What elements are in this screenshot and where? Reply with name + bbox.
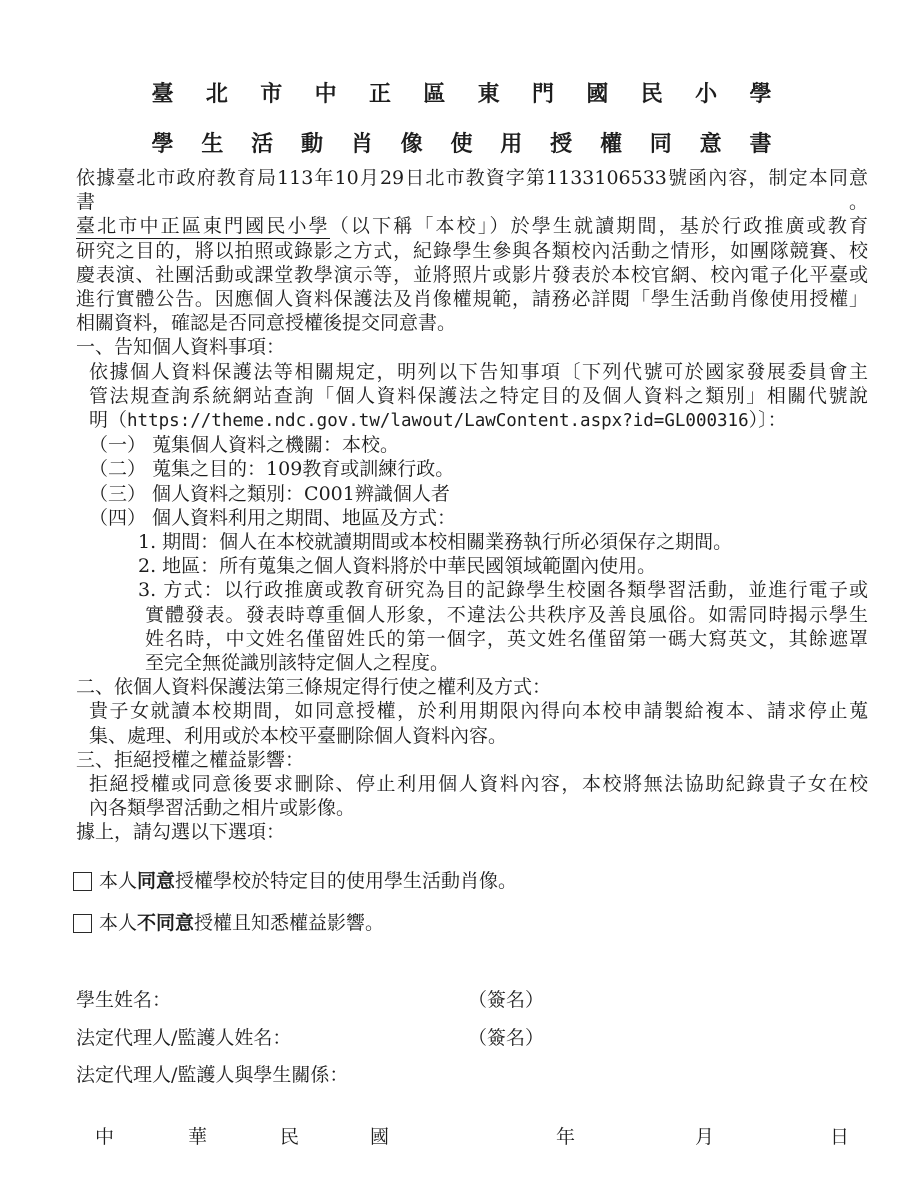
text-line: 集、處理、利用或於本校平臺刪除個人資料內容。 [89,724,868,748]
char-glyph: 意 [700,130,722,158]
char-glyph: 學 [749,80,771,108]
agree-option-row: 本人同意授權學校於特定目的使用學生活動肖像。 [73,869,868,893]
text-line: 慶表演、社團活動或課堂教學演示等，並將照片或影片發表於本校官網、校內電子化平臺或 [76,263,868,287]
student-name-label: 學生姓名： [76,989,171,1011]
text-line: 姓名時，中文姓名僅留姓氏的第一個字，英文姓名僅留第一碼大寫英文，其餘遮罩 [145,627,868,651]
guardian-sign-hint: （簽名） [468,1026,544,1050]
char-glyph: 國 [370,1125,389,1149]
url-suffix: ）〕： [749,409,787,431]
intro-first-line: 臺北市中正區東門國民小學（以下稱「本校」）於學生就讀期間，基於行政推廣或教育 [76,214,868,238]
agree-checkbox[interactable] [73,872,92,891]
char-glyph: 月 [695,1125,714,1149]
char-glyph: 生 [201,130,223,158]
intro-paragraph: 研究之目的，將以拍照或錄影之方式，紀錄學生參與各類校內活動之情形，如團隊競賽、校… [76,239,868,336]
document-title: 學生活動肖像使用授權同意書 [152,130,772,158]
text-line: （二） 蒐集之目的：109教育或訓練行政。 [89,457,868,481]
char-glyph: 華 [188,1125,207,1149]
text-line: （一） 蒐集個人資料之機關：本校。 [89,433,868,457]
char-glyph: 書 [749,130,771,158]
disagree-label-bold: 不同意 [137,912,194,934]
char-glyph: 小 [695,80,717,108]
char-glyph: 用 [500,130,522,158]
text-line: （三） 個人資料之類別：C001辨識個人者 [89,482,868,506]
disagree-option-label: 本人不同意授權且知悉權益影響。 [99,911,384,935]
text-line: 1. 期間：個人在本校就讀期間或本校相關業務執行所必須保存之期間。 [138,530,868,554]
text-line: 實體發表。發表時尊重個人形象，不違法公共秩序及善良風俗。如需同時揭示學生 [145,603,868,627]
char-glyph: 門 [532,80,554,108]
personal-data-notice: 依據個人資料保護法等相關規定，明列以下告知事項〔下列代號可於國家發展委員會主管法… [89,360,868,408]
char-glyph: 北 [206,80,228,108]
basis-line: 依據臺北市政府教育局113年10月29日北市教資字第1133106533號函內容… [76,166,868,214]
intro-first-line-rest: （以下稱「本校」）於學生就讀期間，基於行政推廣或教育 [330,215,868,237]
student-name-row: 學生姓名： （簽名） [76,988,868,1012]
text-line: 至完全無從識別該特定個人之程度。 [145,651,868,675]
section-1-heading: 一、告知個人資料事項： [76,335,868,359]
char-glyph: 動 [301,130,323,158]
text-line: 2. 地區：所有蒐集之個人資料將於中華民國領域範圍內使用。 [138,554,868,578]
checkbox-instruction: 據上，請勾選以下選項： [76,820,868,844]
school-name-underlined: 臺北市中正區東門國民小學 [76,215,330,239]
char-glyph: 民 [280,1125,299,1149]
school-title: 臺北市中正區東門國民小學 [152,80,772,108]
char-glyph: 中 [95,1125,114,1149]
char-glyph: 年 [556,1125,575,1149]
text-line: 相關資料，確認是否同意授權後提交同意書。 [76,311,868,335]
agree-label-post: 授權學校於特定目的使用學生活動肖像。 [175,870,517,892]
char-glyph: 使 [450,130,472,158]
disagree-checkbox[interactable] [73,914,92,933]
disagree-label-pre: 本人 [99,912,137,934]
roc-date-line: 中華民國年月日 [0,1125,923,1151]
char-glyph: 東 [478,80,500,108]
section-2-body: 貴子女就讀本校期間，如同意授權，於利用期限內得向本校申請製給複本、請求停止蒐集、… [89,699,868,747]
text-line: 依據個人資料保護法等相關規定，明列以下告知事項〔下列代號可於國家發展委員會主 [89,360,868,384]
char-glyph: 學 [152,130,174,158]
relation-row: 法定代理人/監護人與學生關係： [76,1063,868,1087]
char-glyph: 中 [315,80,337,108]
agree-label-pre: 本人 [99,870,137,892]
url-prefix: 明（ [89,409,127,431]
usage-item3-continuation: 實體發表。發表時尊重個人形象，不違法公共秩序及善良風俗。如需同時揭示學生姓名時，… [145,603,868,676]
student-sign-hint: （簽名） [468,988,544,1012]
consent-form-page: 臺北市中正區東門國民小學 學生活動肖像使用授權同意書 依據臺北市政府教育局113… [0,0,923,1200]
char-glyph: 權 [600,130,622,158]
char-glyph: 民 [641,80,663,108]
char-glyph: 活 [251,130,273,158]
guardian-name-label: 法定代理人/監護人姓名： [76,1027,291,1049]
char-glyph: 市 [260,80,282,108]
text-line: 3. 方式：以行政推廣或教育研究為目的記錄學生校園各類學習活動，並進行電子或 [138,578,868,602]
char-glyph: 日 [830,1125,849,1149]
char-glyph: 像 [401,130,423,158]
char-glyph: 國 [586,80,608,108]
agree-label-bold: 同意 [137,870,175,892]
guardian-name-row: 法定代理人/監護人姓名： （簽名） [76,1026,868,1050]
text-line: 拒絕授權或同意後要求刪除、停止利用個人資料內容，本校將無法協助紀錄貴子女在校 [89,772,868,796]
char-glyph: 正 [369,80,391,108]
relation-label: 法定代理人/監護人與學生關係： [76,1064,348,1086]
ndc-law-url: https://theme.ndc.gov.tw/lawout/LawConte… [127,411,749,431]
char-glyph: 同 [650,130,672,158]
agree-option-label: 本人同意授權學校於特定目的使用學生活動肖像。 [99,869,517,893]
document-header: 臺北市中正區東門國民小學 學生活動肖像使用授權同意書 [0,0,923,158]
text-line: 研究之目的，將以拍照或錄影之方式，紀錄學生參與各類校內活動之情形，如團隊競賽、校 [76,239,868,263]
section-2-heading: 二、依個人資料保護法第三條規定得行使之權利及方式： [76,675,868,699]
text-line: 貴子女就讀本校期間，如同意授權，於利用期限內得向本校申請製給複本、請求停止蒐 [89,699,868,723]
notice-items-list: （一） 蒐集個人資料之機關：本校。（二） 蒐集之目的：109教育或訓練行政。（三… [89,433,868,530]
document-body: 依據臺北市政府教育局113年10月29日北市教資字第1133106533號函內容… [0,166,923,1087]
section-3-heading: 三、拒絕授權之權益影響： [76,748,868,772]
text-line: 內各類學習活動之相片或影像。 [89,796,868,820]
char-glyph: 肖 [351,130,373,158]
usage-numbered-list: 1. 期間：個人在本校就讀期間或本校相關業務執行所必須保存之期間。2. 地區：所… [138,530,868,603]
section-3-body: 拒絕授權或同意後要求刪除、停止利用個人資料內容，本校將無法協助紀錄貴子女在校內各… [89,772,868,820]
text-line: 進行實體公告。因應個人資料保護法及肖像權規範，請務必詳閱「學生活動肖像使用授權」 [76,287,868,311]
disagree-label-post: 授權且知悉權益影響。 [194,912,384,934]
disagree-option-row: 本人不同意授權且知悉權益影響。 [73,911,868,935]
char-glyph: 授 [550,130,572,158]
text-line: （四） 個人資料利用之期間、地區及方式： [89,506,868,530]
text-line: 管法規查詢系統網站查詢「個人資料保護法之特定目的及個人資料之類別」相關代號說 [89,384,868,408]
char-glyph: 區 [423,80,445,108]
law-reference-line: 明（https://theme.ndc.gov.tw/lawout/LawCon… [89,408,868,433]
char-glyph: 臺 [152,80,174,108]
